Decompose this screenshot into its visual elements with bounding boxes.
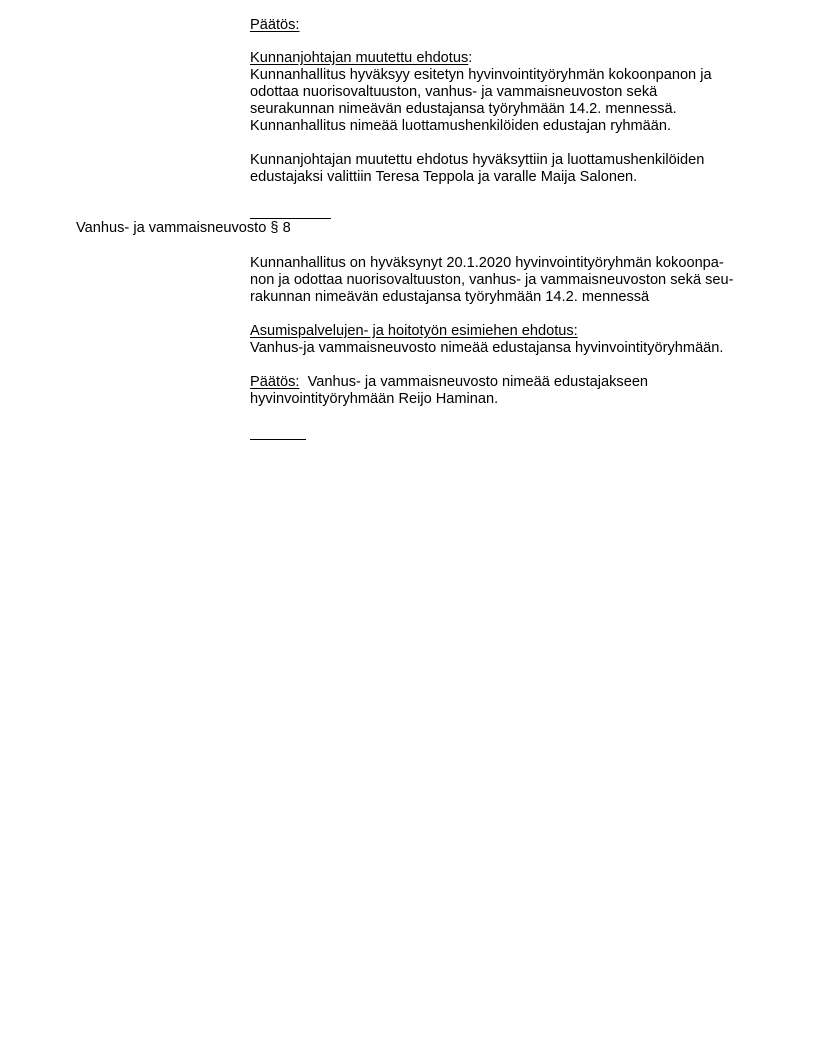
proposal-line: Kunnanhallitus nimeää luottamushenkilöid… — [250, 118, 712, 135]
section-divider — [250, 218, 331, 219]
proposal-heading-colon: : — [468, 50, 472, 66]
decision-heading: Päätös: — [250, 17, 300, 34]
end-divider — [250, 439, 306, 440]
decision-line-1: Päätös: Vanhus- ja vammaisneuvosto nimeä… — [250, 374, 648, 391]
intro-line: Kunnanhallitus on hyväksynyt 20.1.2020 h… — [250, 255, 734, 272]
proposal-heading-2: Asumispalvelujen- ja hoitotyön esimiehen… — [250, 323, 578, 340]
section-heading-side: Vanhus- ja vammaisneuvosto § 8 — [76, 220, 291, 237]
proposal-text-2: Vanhus-ja vammaisneuvosto nimeää edustaj… — [250, 340, 723, 357]
decision-label: Päätös: — [250, 374, 300, 390]
proposal-text: Kunnanhallitus hyväksyy esitetyn hyvinvo… — [250, 67, 712, 135]
decision-line-2: hyvinvointityöryhmään Reijo Haminan. — [250, 391, 648, 408]
proposal-line: Kunnanhallitus hyväksyy esitetyn hyvinvo… — [250, 67, 712, 84]
proposal-line: odottaa nuorisovaltuuston, vanhus- ja va… — [250, 84, 712, 101]
proposal-line: seurakunnan nimeävän edustajansa työryhm… — [250, 101, 712, 118]
decision-2: Päätös: Vanhus- ja vammaisneuvosto nimeä… — [250, 374, 648, 408]
result-text: Kunnanjohtajan muutettu ehdotus hyväksyt… — [250, 152, 704, 186]
result-line: Kunnanjohtajan muutettu ehdotus hyväksyt… — [250, 152, 704, 169]
intro-text: Kunnanhallitus on hyväksynyt 20.1.2020 h… — [250, 255, 734, 306]
result-line: edustajaksi valittiin Teresa Teppola ja … — [250, 169, 704, 186]
proposal-heading: Kunnanjohtajan muutettu ehdotus: — [250, 50, 472, 67]
intro-line: non ja odottaa nuorisovaltuuston, vanhus… — [250, 272, 734, 289]
decision-text: Vanhus- ja vammaisneuvosto nimeää edusta… — [300, 374, 649, 390]
proposal-heading-text: Kunnanjohtajan muutettu ehdotus — [250, 50, 468, 66]
intro-line: rakunnan nimeävän edustajansa työryhmään… — [250, 289, 734, 306]
